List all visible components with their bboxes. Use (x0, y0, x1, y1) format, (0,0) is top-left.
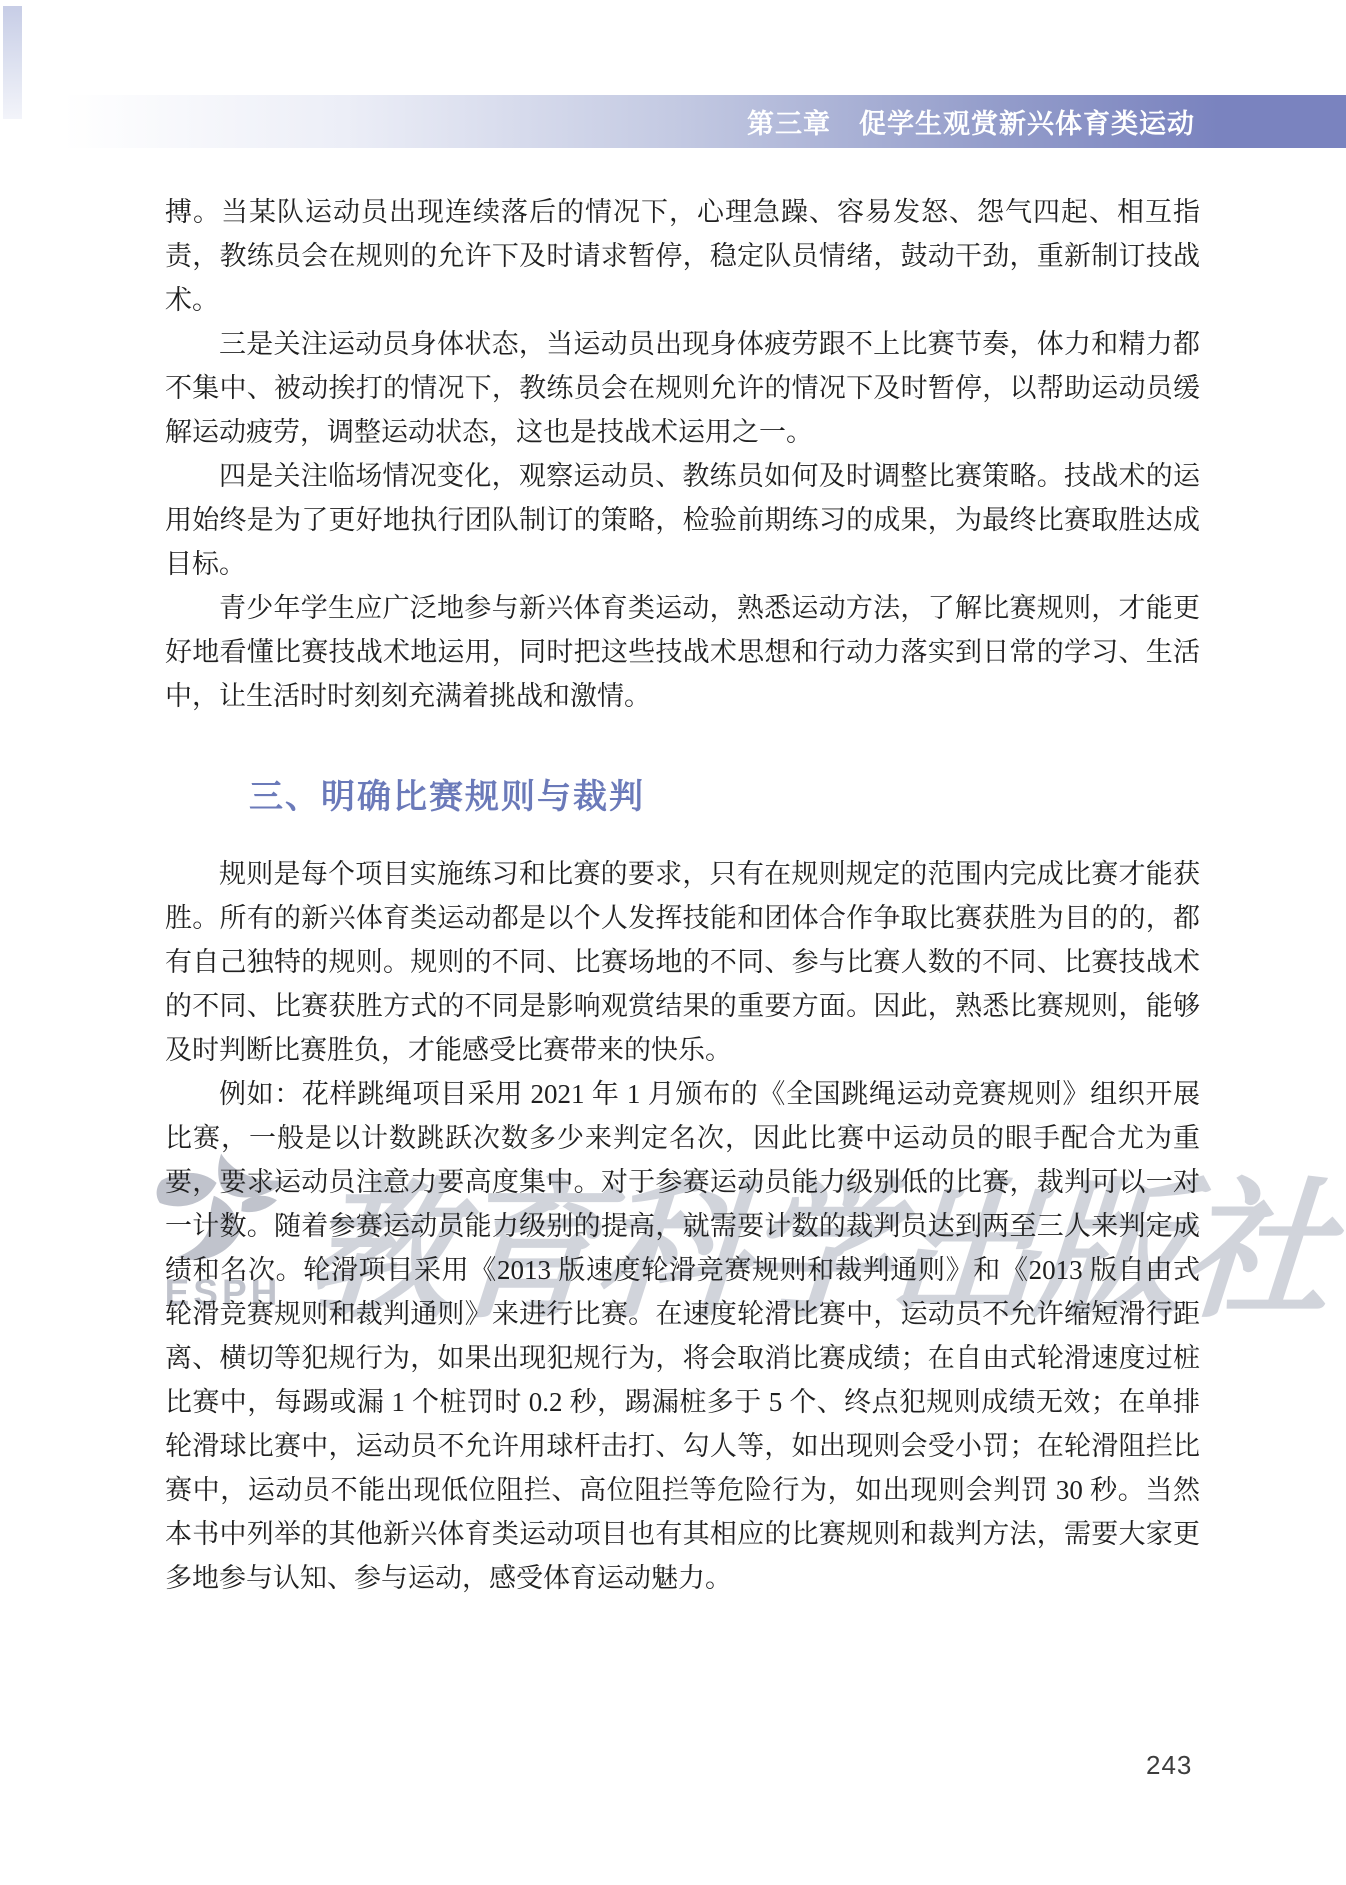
body-paragraph: 四是关注临场情况变化，观察运动员、教练员如何及时调整比赛策略。技战术的运用始终是… (165, 454, 1200, 586)
body-paragraph: 搏。当某队运动员出现连续落后的情况下，心理急躁、容易发怒、怨气四起、相互指责，教… (165, 190, 1200, 322)
textbook-page: { "header": { "chapter_title": "第三章 促学生观… (0, 0, 1346, 1885)
chapter-header-band: 第三章 促学生观赏新兴体育类运动 (63, 95, 1346, 148)
body-paragraph: 规则是每个项目实施练习和比赛的要求，只有在规则规定的范围内完成比赛才能获胜。所有… (165, 852, 1200, 1072)
section-heading: 三、明确比赛规则与裁判 (249, 774, 1200, 820)
body-paragraph: 三是关注运动员身体状态，当运动员出现身体疲劳跟不上比赛节奏，体力和精力都不集中、… (165, 322, 1200, 454)
chapter-header-title: 第三章 促学生观赏新兴体育类运动 (747, 102, 1346, 141)
body-paragraph: 青少年学生应广泛地参与新兴体育类运动，熟悉运动方法，了解比赛规则，才能更好地看懂… (165, 586, 1200, 718)
page-number: 243 (1146, 1750, 1192, 1781)
left-accent-bar (3, 6, 22, 119)
page-content: 搏。当某队运动员出现连续落后的情况下，心理急躁、容易发怒、怨气四起、相互指责，教… (165, 190, 1200, 1600)
body-paragraph: 例如：花样跳绳项目采用 2021 年 1 月颁布的《全国跳绳运动竞赛规则》组织开… (165, 1072, 1200, 1600)
